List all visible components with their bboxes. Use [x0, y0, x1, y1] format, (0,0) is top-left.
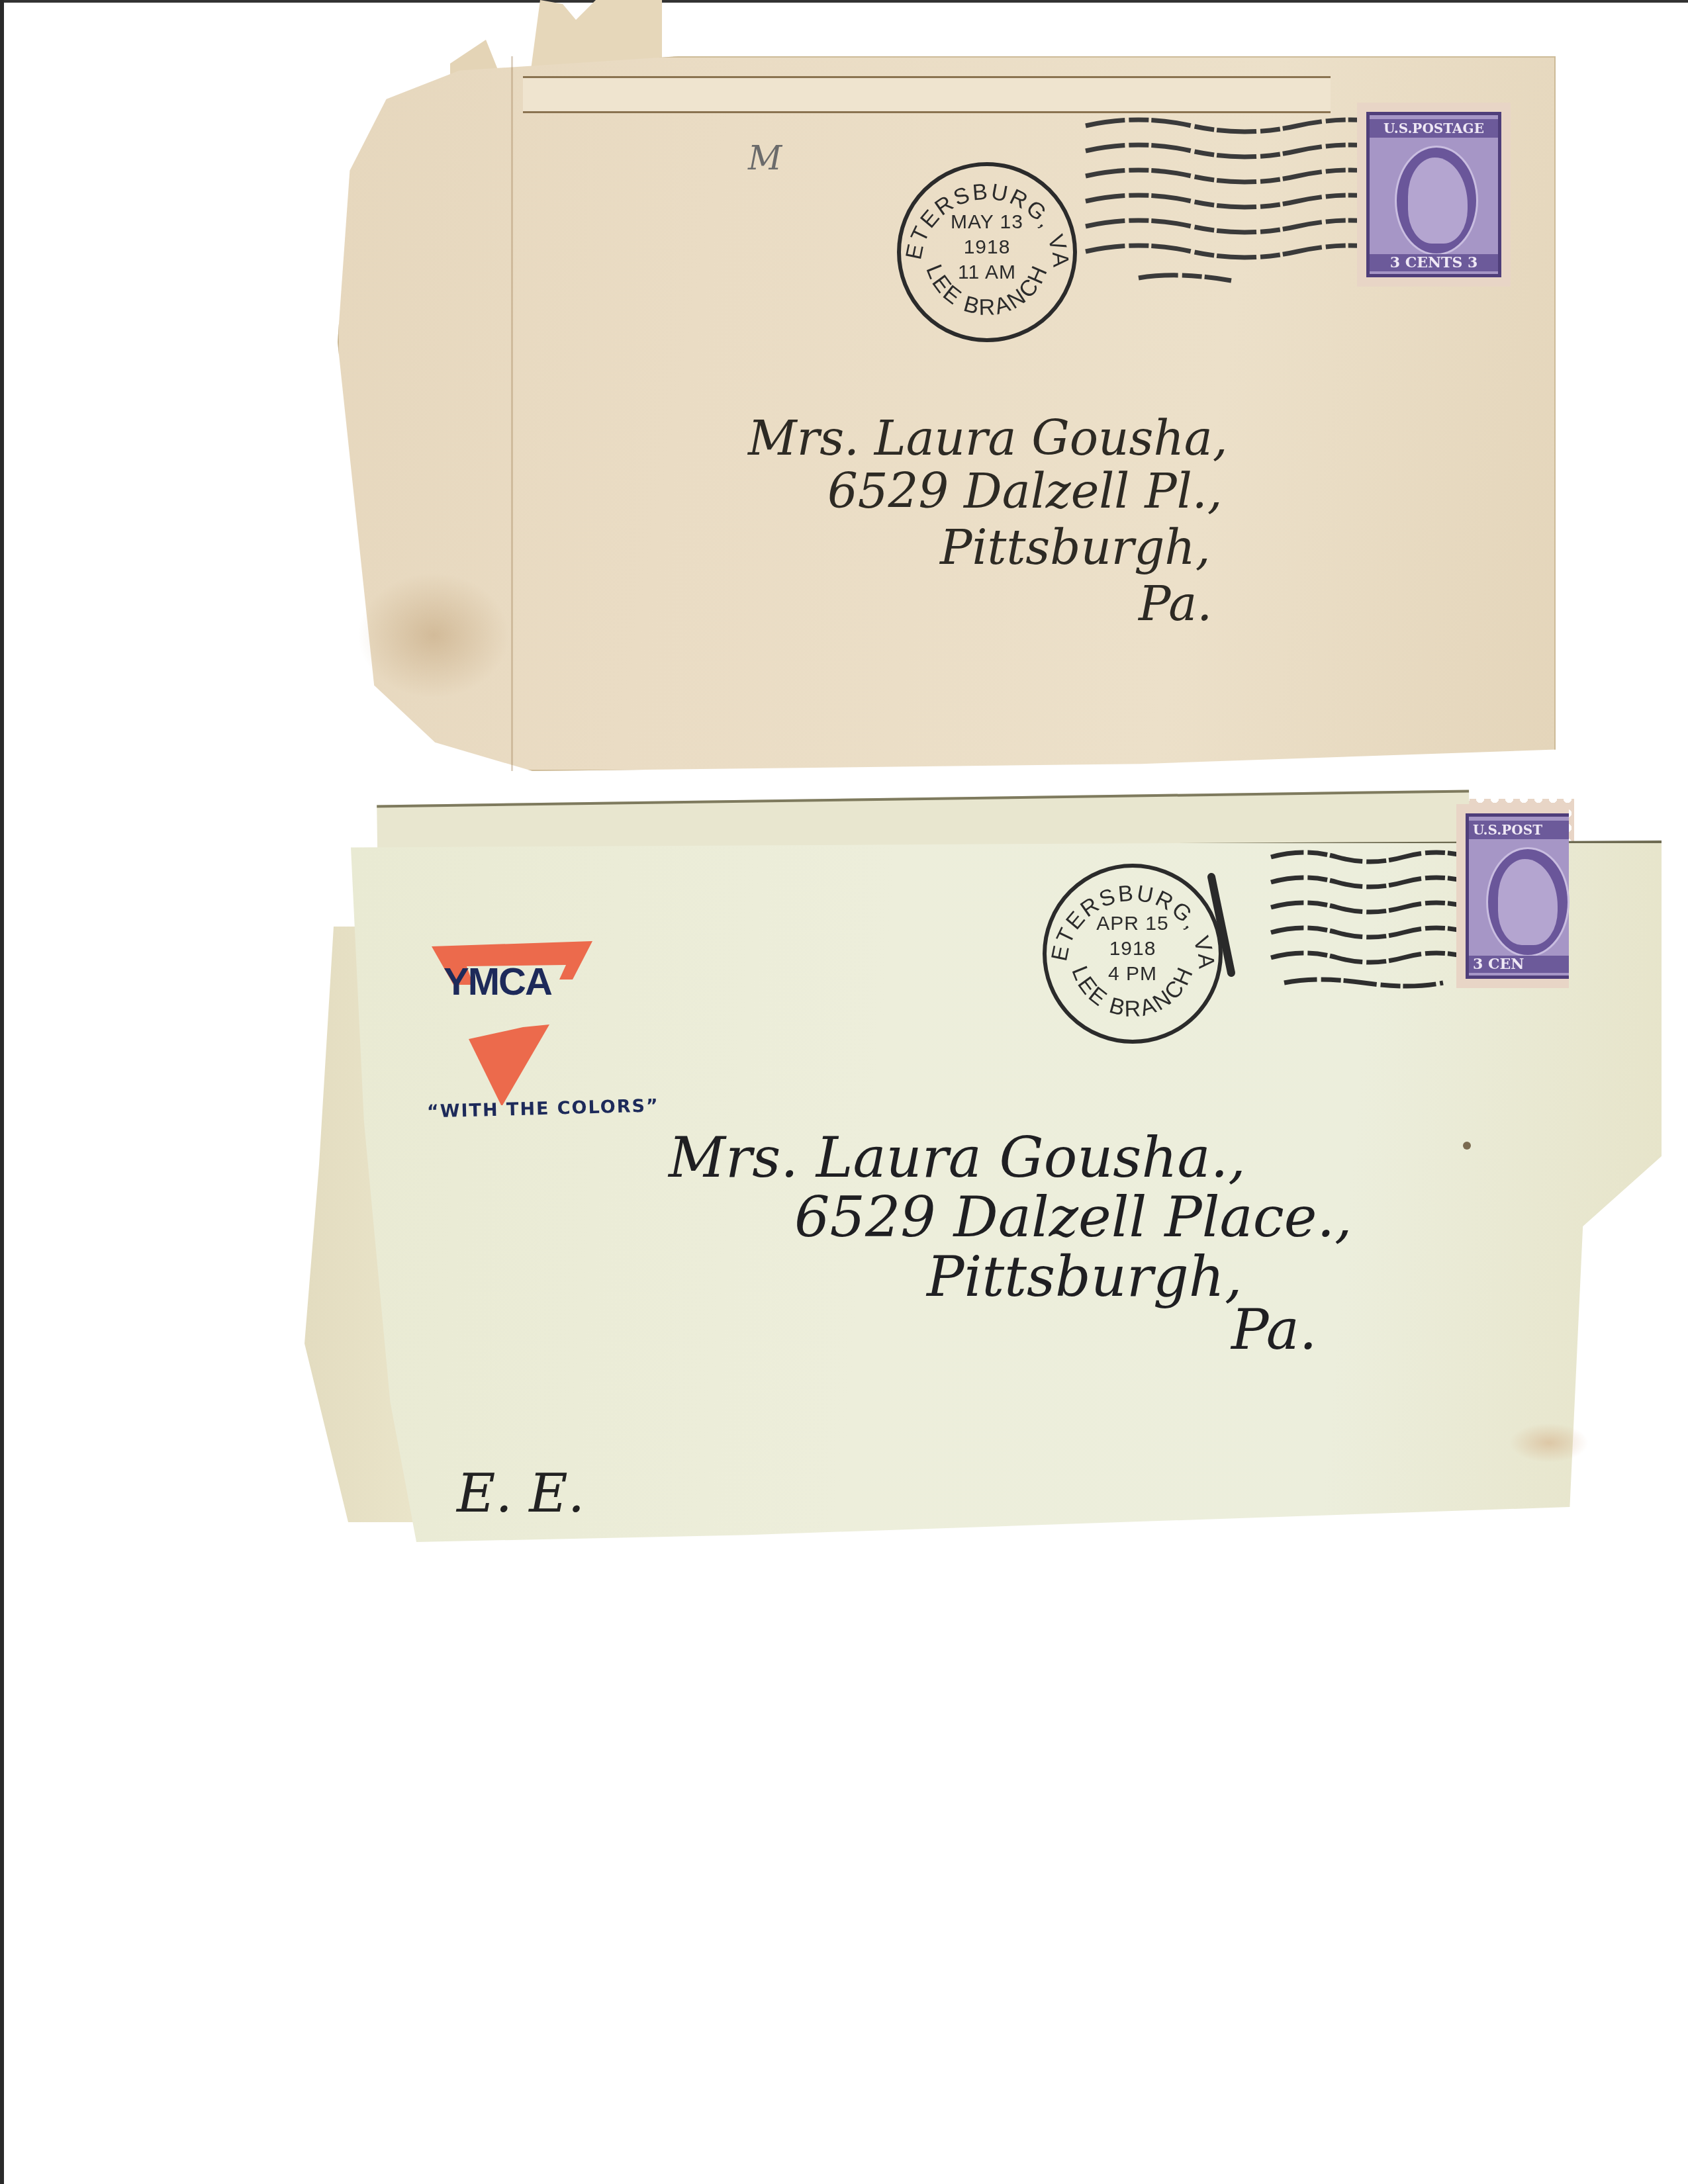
address-line-3: Pittsburgh,: [940, 520, 1211, 575]
postmark-month-day: APR 15: [1047, 911, 1219, 936]
address-line-1: Mrs. Laura Gousha,: [748, 410, 1228, 466]
postmark-month-day: MAY 13: [901, 210, 1073, 235]
postage-stamp-1: U.S.POSTAGE 3 CENTS 3: [1357, 103, 1511, 287]
age-stain: [357, 572, 510, 698]
stamp-bottom-label: 3 CENTS 3: [1370, 254, 1498, 271]
stamp-bottom-label: 3 CEN: [1469, 956, 1569, 973]
postmark-1: PETERSBURG, VA. LEE BRANCH MAY 13 1918 1…: [897, 162, 1077, 342]
postmark-year: 1918: [901, 235, 1073, 260]
postmark-time: 4 PM: [1047, 962, 1219, 987]
ymca-triangle-icon: [424, 933, 596, 1105]
stamp-top-label: U.S.POSTAGE: [1370, 119, 1498, 138]
address-line-4: Pa.: [1231, 1297, 1317, 1362]
ink-spot: [1463, 1142, 1471, 1150]
postmark-2: PETERSBURG, VA. LEE BRANCH APR 15 1918 4…: [1043, 864, 1223, 1044]
ymca-logo: [424, 933, 596, 1105]
postage-stamp-2: U.S.POST 3 CEN: [1456, 804, 1569, 988]
address-line-2: 6529 Dalzell Pl.,: [827, 463, 1223, 519]
stamp-top-label: U.S.POST: [1469, 821, 1569, 839]
address-line-2: 6529 Dalzell Place.,: [794, 1185, 1352, 1250]
postmark-date: MAY 13 1918 11 AM: [901, 210, 1073, 285]
address-line-4: Pa.: [1139, 576, 1212, 631]
postmark-year: 1918: [1047, 936, 1219, 962]
sender-initials: E. E.: [457, 1463, 585, 1524]
postmark-time: 11 AM: [901, 260, 1073, 285]
cancellation-lines: [1271, 850, 1483, 1006]
address-line-1: Mrs. Laura Gousha.,: [669, 1125, 1246, 1190]
stamp-frame: U.S.POST 3 CEN: [1466, 813, 1569, 979]
postmark-date: APR 15 1918 4 PM: [1047, 911, 1219, 987]
age-stain: [1509, 1423, 1589, 1463]
postmark-smudge: [1205, 874, 1244, 983]
address-line-3: Pittsburgh,: [927, 1244, 1243, 1309]
ymca-wordmark: YMCA: [444, 960, 543, 1004]
scanner-left-edge: [0, 0, 4, 2184]
fold-line: [511, 56, 513, 771]
handwriting-fragment: M: [748, 139, 782, 177]
scanner-top-edge: [0, 0, 1688, 3]
envelope-1-top-strip: [523, 76, 1331, 113]
stamp-frame: U.S.POSTAGE 3 CENTS 3: [1366, 112, 1501, 277]
